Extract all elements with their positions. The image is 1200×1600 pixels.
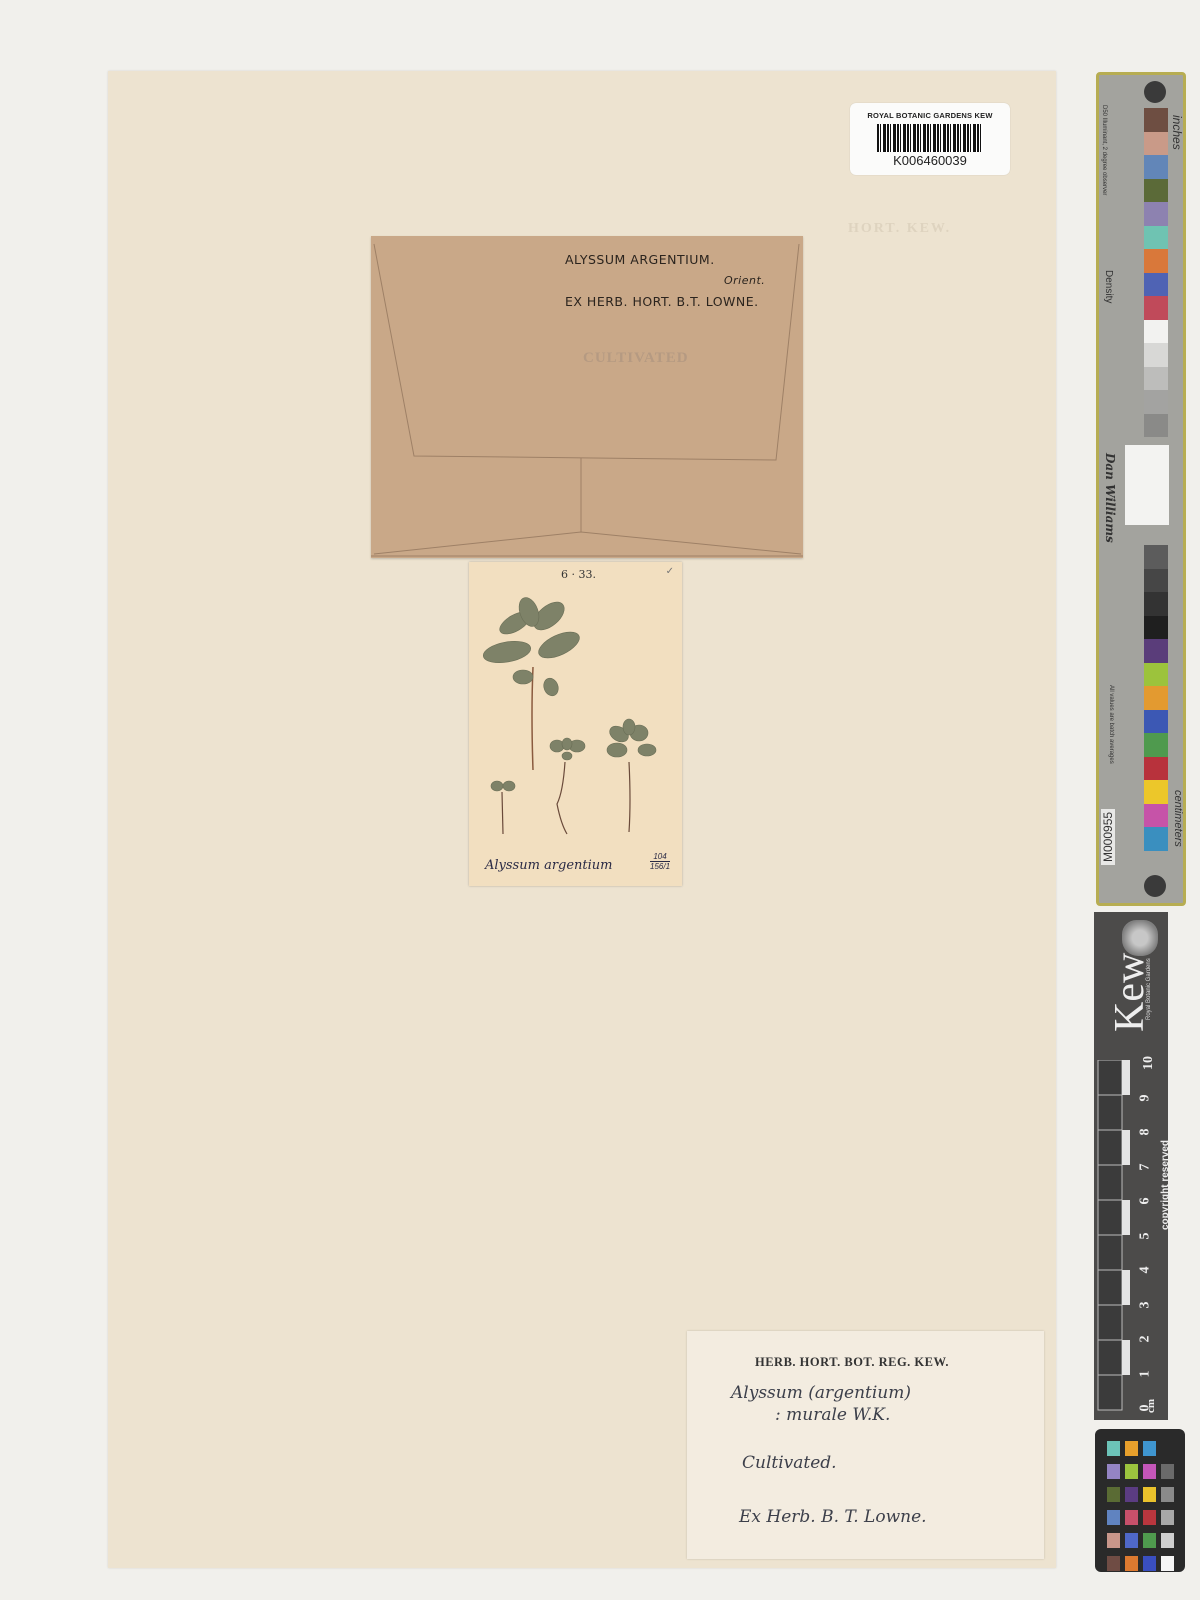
scale-number: 3 bbox=[1138, 1301, 1154, 1308]
ruler-target-patch bbox=[1125, 445, 1169, 525]
checker-cell bbox=[1125, 1510, 1138, 1525]
centimeters-label: centimeters bbox=[1172, 790, 1184, 847]
checker-cell bbox=[1161, 1487, 1174, 1502]
scale-number: 1 bbox=[1138, 1370, 1154, 1377]
cm-unit-label: cm bbox=[1145, 1399, 1157, 1413]
color-checker-grid bbox=[1107, 1441, 1174, 1571]
color-swatch bbox=[1144, 757, 1168, 781]
scale-number: 2 bbox=[1138, 1336, 1154, 1343]
color-swatch bbox=[1144, 663, 1168, 687]
card-species-name: Alyssum argentium bbox=[485, 858, 613, 873]
color-swatch bbox=[1144, 155, 1168, 179]
density-label: Density bbox=[1103, 270, 1114, 303]
specimen-card: 6 · 33. ✓ bbox=[469, 562, 682, 886]
ruler-hole-bottom-icon bbox=[1144, 875, 1166, 897]
det-name-line1: Alyssum (argentium) bbox=[731, 1383, 911, 1403]
color-swatch bbox=[1144, 202, 1168, 226]
determination-label: HERB. HORT. BOT. REG. KEW. Alyssum (arge… bbox=[687, 1331, 1044, 1559]
color-swatch bbox=[1144, 343, 1168, 367]
color-swatch bbox=[1144, 710, 1168, 734]
faint-stamp: HORT. KEW. bbox=[848, 221, 951, 237]
checker-cell bbox=[1125, 1464, 1138, 1479]
color-checker-card bbox=[1095, 1429, 1185, 1572]
color-swatch bbox=[1144, 545, 1168, 569]
illuminant-note: D50 Illuminant, 2 degree observer bbox=[1101, 105, 1107, 195]
checker-cell bbox=[1161, 1533, 1174, 1548]
det-status: Cultivated. bbox=[742, 1453, 837, 1473]
fraction-top: 104 bbox=[650, 852, 670, 862]
seed-envelope: ALYSSUM ARGENTIUM. Orient. EX HERB. HORT… bbox=[371, 236, 803, 558]
checker-cell bbox=[1107, 1441, 1120, 1456]
barcode-institution: ROYAL BOTANIC GARDENS KEW bbox=[850, 111, 1010, 120]
herbarium-header: HERB. HORT. BOT. REG. KEW. bbox=[755, 1355, 949, 1370]
color-swatch bbox=[1144, 827, 1168, 851]
inches-label: inches bbox=[1170, 115, 1184, 150]
barcode-number: K006460039 bbox=[850, 153, 1010, 168]
color-swatch bbox=[1144, 733, 1168, 757]
brand-label: Dan Williams bbox=[1103, 453, 1117, 543]
color-swatch bbox=[1144, 179, 1168, 203]
color-swatch bbox=[1144, 320, 1168, 344]
color-swatch bbox=[1144, 569, 1168, 593]
scale-number: 8 bbox=[1138, 1129, 1154, 1136]
checker-cell bbox=[1125, 1556, 1138, 1571]
kew-scale-bar: Kew Royal Botanic Gardens 012345678910 c… bbox=[1094, 912, 1168, 1420]
scale-number: 10 bbox=[1141, 1056, 1157, 1070]
ruler-hole-top-icon bbox=[1144, 81, 1166, 103]
checker-cell bbox=[1125, 1533, 1138, 1548]
color-swatch bbox=[1144, 616, 1168, 640]
color-swatch bbox=[1144, 132, 1168, 156]
color-swatch bbox=[1144, 367, 1168, 391]
color-swatch bbox=[1144, 296, 1168, 320]
color-swatch bbox=[1144, 249, 1168, 273]
ruler-swatches-top bbox=[1144, 108, 1168, 437]
checker-cell bbox=[1161, 1556, 1174, 1571]
barcode-icon bbox=[877, 124, 983, 152]
color-swatch bbox=[1144, 592, 1168, 616]
checker-cell bbox=[1161, 1464, 1174, 1479]
checker-cell bbox=[1161, 1441, 1174, 1456]
envelope-source: EX HERB. HORT. B.T. LOWNE. bbox=[565, 294, 759, 309]
color-swatch bbox=[1144, 108, 1168, 132]
color-swatch bbox=[1144, 639, 1168, 663]
royal-crest-icon bbox=[1122, 920, 1158, 956]
ruler-swatches-bottom bbox=[1144, 545, 1168, 851]
envelope-origin: Orient. bbox=[724, 274, 765, 287]
scale-number: 5 bbox=[1138, 1232, 1154, 1239]
scale-number: 4 bbox=[1138, 1267, 1154, 1274]
checker-cell bbox=[1107, 1510, 1120, 1525]
color-calibration-ruler: inches D50 Illuminant, 2 degree observer… bbox=[1096, 72, 1186, 906]
checker-cell bbox=[1143, 1441, 1156, 1456]
checker-cell bbox=[1107, 1464, 1120, 1479]
checker-cell bbox=[1143, 1510, 1156, 1525]
barcode-label: ROYAL BOTANIC GARDENS KEW K006460039 bbox=[850, 103, 1010, 175]
checker-cell bbox=[1161, 1510, 1174, 1525]
checker-cell bbox=[1143, 1487, 1156, 1502]
color-swatch bbox=[1144, 414, 1168, 438]
scale-number: 9 bbox=[1138, 1094, 1154, 1101]
envelope-species: ALYSSUM ARGENTIUM. bbox=[565, 252, 715, 267]
averages-note: All values are batch averages bbox=[1108, 685, 1114, 764]
centimeter-scale-icon bbox=[1096, 1060, 1136, 1416]
det-name-line2: : murale W.K. bbox=[775, 1405, 890, 1425]
scale-number: 7 bbox=[1138, 1163, 1154, 1170]
color-swatch bbox=[1144, 780, 1168, 804]
pressed-plant-specimens-icon bbox=[469, 562, 682, 852]
fraction-bottom: 156/1 bbox=[650, 862, 670, 871]
ruler-id-label: M000955 bbox=[1101, 809, 1115, 865]
color-swatch bbox=[1144, 226, 1168, 250]
checker-cell bbox=[1143, 1533, 1156, 1548]
checker-cell bbox=[1107, 1533, 1120, 1548]
cultivated-stamp: CULTIVATED bbox=[583, 350, 689, 367]
checker-cell bbox=[1143, 1464, 1156, 1479]
checker-cell bbox=[1143, 1556, 1156, 1571]
kew-subtitle: Royal Botanic Gardens bbox=[1146, 958, 1152, 1020]
checker-cell bbox=[1125, 1441, 1138, 1456]
checker-cell bbox=[1107, 1487, 1120, 1502]
color-swatch bbox=[1144, 273, 1168, 297]
accession-fraction: 104 156/1 bbox=[650, 852, 670, 871]
det-source: Ex Herb. B. T. Lowne. bbox=[739, 1507, 927, 1527]
color-swatch bbox=[1144, 804, 1168, 828]
scale-number: 6 bbox=[1138, 1198, 1154, 1205]
checker-cell bbox=[1125, 1487, 1138, 1502]
color-swatch bbox=[1144, 686, 1168, 710]
checker-cell bbox=[1107, 1556, 1120, 1571]
copyright-label: copyright reserved bbox=[1160, 1140, 1171, 1230]
color-swatch bbox=[1144, 390, 1168, 414]
